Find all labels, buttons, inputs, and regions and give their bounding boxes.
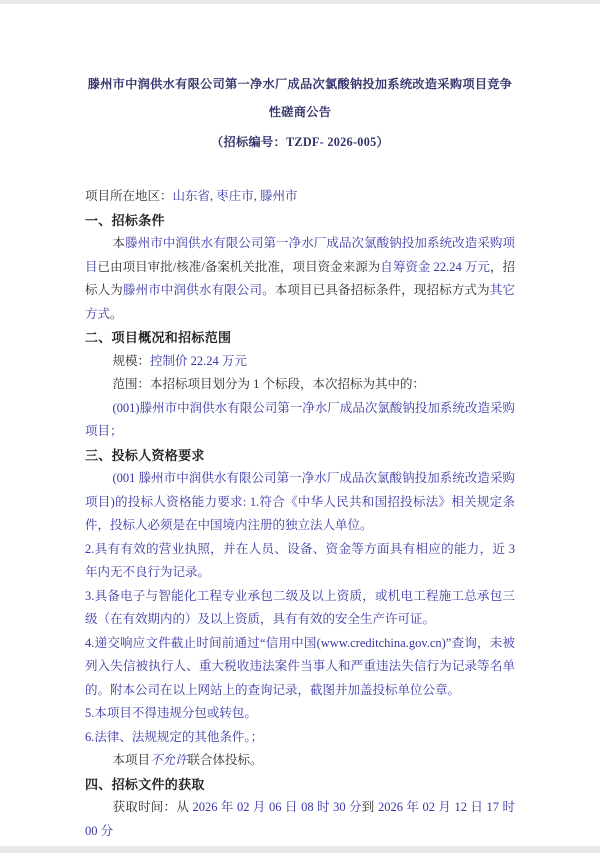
text-run: (001)滕州市中润供水有限公司第一净水厂成品次氯酸钠投加系统改造采购项目；	[85, 401, 515, 439]
paragraph: (001 滕州市中润供水有限公司第一净水厂成品次氯酸钠投加系统改造采购项目)的投…	[85, 467, 515, 538]
tender-number: （招标编号：TZDF- 2026-005）	[85, 130, 515, 154]
paragraph: 范围：本招标项目划分为 1 个标段，本次招标为其中的：	[85, 373, 515, 397]
text-run: 到	[362, 800, 378, 814]
text-run: 项目所在地区：	[85, 189, 173, 203]
paragraph: 5.本项目不得违规分包或转包。	[85, 702, 515, 726]
section-body-2: 规模：控制价 22.24 万元范围：本招标项目划分为 1 个标段，本次招标为其中…	[85, 350, 515, 444]
section-body-4: 获取时间：从 2026 年 02 月 06 日 08 时 30 分到 2026 …	[85, 796, 515, 843]
text-run: 自筹资金 22.24 万元	[380, 260, 490, 274]
text-run: 不允许	[150, 753, 188, 767]
text-run: 。本项目已具备招标条件，现招标方式为	[262, 283, 490, 297]
text-run: 滕州市中润供水有限公司	[123, 283, 262, 297]
text-run: 2026 年 02 月 06 日 08 时 30 分	[192, 800, 361, 814]
paragraph: 4.递交响应文件截止时间前通过“信用中国(www.creditchina.gov…	[85, 632, 515, 703]
section-heading-4: 四、招标文件的获取	[85, 773, 515, 797]
paragraph: 本滕州市中润供水有限公司第一净水厂成品次氯酸钠投加系统改造采购项目已由项目审批/…	[85, 232, 515, 326]
viewer-top-edge	[0, 0, 600, 4]
text-run: 联合体投标。	[188, 753, 263, 767]
paragraph: 获取时间：从 2026 年 02 月 06 日 08 时 30 分到 2026 …	[85, 796, 515, 843]
text-run: 2.具有有效的营业执照，并在人员、设备、资金等方面具有相应的能力，近 3 年内无…	[85, 542, 515, 580]
text-run: 控制价 22.24 万元	[150, 354, 247, 368]
text-run: 。	[110, 307, 123, 321]
paragraph: 3.具备电子与智能化工程专业承包二级及以上资质，或机电工程施工总承包三级（在有效…	[85, 585, 515, 632]
paragraph: 本项目不允许联合体投标。	[85, 749, 515, 773]
viewer-bottom-edge	[0, 846, 600, 853]
text-run: 6.法律、法规规定的其他条件。；	[85, 730, 263, 744]
text-run: 范围：本招标项目划分为 1 个标段，本次招标为其中的：	[113, 377, 426, 391]
text-run: 本项目	[113, 753, 151, 767]
text-run: 获取时间：从	[113, 800, 193, 814]
text-run: 已由项目审批/核准/备案机关批准，项目资金来源为	[98, 260, 381, 274]
section-heading-1: 一、招标条件	[85, 209, 515, 233]
section-heading-3: 三、投标人资格要求	[85, 444, 515, 468]
text-run: (001 滕州市中润供水有限公司第一净水厂成品次氯酸钠投加系统改造采购项目)的投…	[85, 471, 515, 532]
section-body-3: (001 滕州市中润供水有限公司第一净水厂成品次氯酸钠投加系统改造采购项目)的投…	[85, 467, 515, 773]
text-run: 5.本项目不得违规分包或转包。	[85, 706, 257, 720]
section-heading-2: 二、项目概况和招标范围	[85, 326, 515, 350]
text-run: 山东省, 枣庄市, 滕州市	[173, 189, 298, 203]
paragraph: 规模：控制价 22.24 万元	[85, 350, 515, 374]
paragraph: 6.法律、法规规定的其他条件。；	[85, 726, 515, 750]
paragraph: 2.具有有效的营业执照，并在人员、设备、资金等方面具有相应的能力，近 3 年内无…	[85, 538, 515, 585]
document-page: 滕州市中润供水有限公司第一净水厂成品次氯酸钠投加系统改造采购项目竞争性磋商公告 …	[85, 70, 515, 843]
text-run: 本	[113, 236, 126, 250]
text-run: 4.递交响应文件截止时间前通过“信用中国(www.creditchina.gov…	[85, 636, 515, 697]
document-title: 滕州市中润供水有限公司第一净水厂成品次氯酸钠投加系统改造采购项目竞争性磋商公告	[85, 70, 515, 126]
paragraph: (001)滕州市中润供水有限公司第一净水厂成品次氯酸钠投加系统改造采购项目；	[85, 397, 515, 444]
section-body-1: 本滕州市中润供水有限公司第一净水厂成品次氯酸钠投加系统改造采购项目已由项目审批/…	[85, 232, 515, 326]
text-run: 3.具备电子与智能化工程专业承包二级及以上资质，或机电工程施工总承包三级（在有效…	[85, 589, 515, 627]
project-location-line: 项目所在地区：山东省, 枣庄市, 滕州市	[85, 185, 515, 209]
text-run: 规模：	[113, 354, 151, 368]
